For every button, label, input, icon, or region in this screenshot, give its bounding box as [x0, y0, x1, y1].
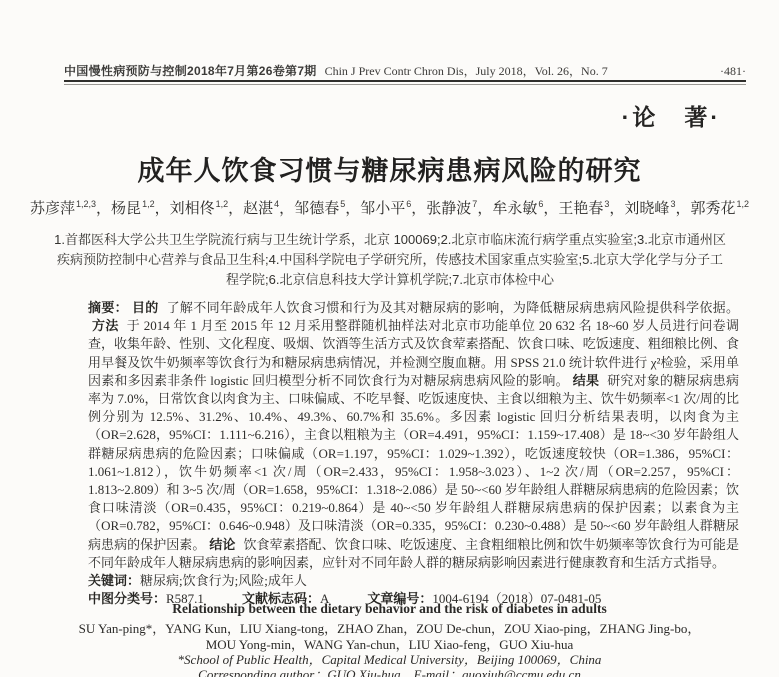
author-name: 牟永敏 [492, 200, 537, 217]
article-title: 成年人饮食习惯与糖尿病患病风险的研究 [0, 149, 779, 188]
abstract-section-text: 研究对象的糖尿病患病率为 7.0%，日常饮食以肉食为主、口味偏咸、不吃早餐、吃饭… [88, 373, 739, 552]
page-number: ·481· [720, 64, 746, 79]
author-name: 苏彦萍 [30, 200, 75, 217]
page-header: 中国慢性病预防与控制2018年7月第26卷第7期 Chin J Prev Con… [64, 62, 746, 79]
corresponding-author-line: Corresponding author：GUO Xiu-hua，E-mail：… [0, 667, 779, 677]
author-separator: ， [675, 200, 690, 217]
author-separator: ， [609, 200, 624, 217]
keywords-text: 糖尿病;饮食行为;风险;成年人 [140, 573, 307, 588]
abstract-section: 目的了解不同年龄成年人饮食习惯和行为及其对糖尿病的影响，为降低糖尿病患病风险提供… [128, 300, 739, 315]
abstract-block: 摘要：目的了解不同年龄成年人饮食习惯和行为及其对糖尿病的影响，为降低糖尿病患病风… [88, 299, 739, 608]
keywords-line: 关键词：糖尿病;饮食行为;风险;成年人 [88, 572, 739, 590]
author-item: 张静波7， [426, 200, 492, 217]
author-item: 刘晓峰3， [624, 200, 690, 217]
author-superscript: 1,2 [736, 199, 749, 209]
author-name: 张静波 [426, 200, 471, 217]
author-name: 郭秀花 [690, 200, 735, 217]
author-item: 邹德春5， [294, 200, 360, 217]
abstract-section-text: 了解不同年龄成年人饮食习惯和行为及其对糖尿病的影响，为降低糖尿病患病风险提供科学… [167, 300, 739, 315]
abstract-section-label: 方法 [92, 318, 119, 333]
author-name: 赵湛 [243, 200, 273, 217]
abstract-section-label: 目的 [132, 300, 159, 315]
author-name: 王艳春 [558, 200, 603, 217]
english-affiliation: *School of Public Health，Capital Medical… [0, 652, 779, 667]
author-item: 刘相佟1,2， [170, 200, 244, 217]
affiliations: 1.首都医科大学公共卫生学院流行病与卫生统计学系，北京 100069;2.北京市… [52, 230, 728, 290]
author-separator: ， [228, 200, 243, 217]
author-separator: ， [477, 200, 492, 217]
english-title: Relationship between the dietary behavio… [0, 601, 779, 617]
abstract-section: 结果研究对象的糖尿病患病率为 7.0%，日常饮食以肉食为主、口味偏咸、不吃早餐、… [88, 373, 739, 552]
keywords-label: 关键词： [88, 573, 140, 588]
author-item: 赵湛4， [243, 200, 294, 217]
author-superscript: 1,2 [216, 199, 229, 209]
header-divider-rule [64, 80, 746, 85]
authors-line: 苏彦萍1,2,3，杨昆1,2，刘相佟1,2，赵湛4，邹德春5，邹小平6，张静波7… [0, 197, 779, 218]
author-name: 邹德春 [294, 200, 339, 217]
author-item: 牟永敏6， [492, 200, 558, 217]
author-item: 苏彦萍1,2,3， [30, 200, 111, 217]
author-superscript: 1,2 [142, 199, 155, 209]
author-separator: ， [96, 200, 111, 217]
author-item: 王艳春3， [558, 200, 624, 217]
author-name: 刘相佟 [170, 200, 215, 217]
author-superscript: 1,2,3 [76, 199, 96, 209]
author-name: 刘晓峰 [624, 200, 669, 217]
author-separator: ， [543, 200, 558, 217]
author-separator: ， [411, 200, 426, 217]
journal-title-en: Chin J Prev Contr Chron Dis，July 2018，Vo… [325, 62, 708, 79]
abstract-sections: 目的了解不同年龄成年人饮食习惯和行为及其对糖尿病的影响，为降低糖尿病患病风险提供… [88, 300, 739, 570]
author-separator: ， [279, 200, 294, 217]
journal-title-cn: 中国慢性病预防与控制2018年7月第26卷第7期 [64, 62, 317, 79]
author-item: 郭秀花1,2 [690, 200, 749, 217]
english-block: Relationship between the dietary behavio… [0, 601, 779, 677]
english-authors-line-2: MOU Yong-min，WANG Yan-chun，LIU Xiao-feng… [0, 637, 779, 653]
author-name: 邹小平 [360, 200, 405, 217]
section-label: ·论 著· [622, 99, 721, 132]
author-item: 邹小平6， [360, 200, 426, 217]
abstract-paragraph: 摘要：目的了解不同年龄成年人饮食习惯和行为及其对糖尿病的影响，为降低糖尿病患病风… [88, 299, 739, 572]
author-separator: ， [155, 200, 170, 217]
abstract-section-label: 结论 [209, 537, 235, 552]
abstract-section-label: 结果 [573, 373, 599, 388]
journal-page: 中国慢性病预防与控制2018年7月第26卷第7期 Chin J Prev Con… [0, 0, 779, 677]
abstract-label: 摘要： [88, 300, 128, 315]
english-authors-line-1: SU Yan-ping*，YANG Kun，LIU Xiang-tong，ZHA… [0, 621, 779, 637]
author-separator: ， [345, 200, 360, 217]
author-item: 杨昆1,2， [111, 200, 170, 217]
author-name: 杨昆 [111, 200, 141, 217]
